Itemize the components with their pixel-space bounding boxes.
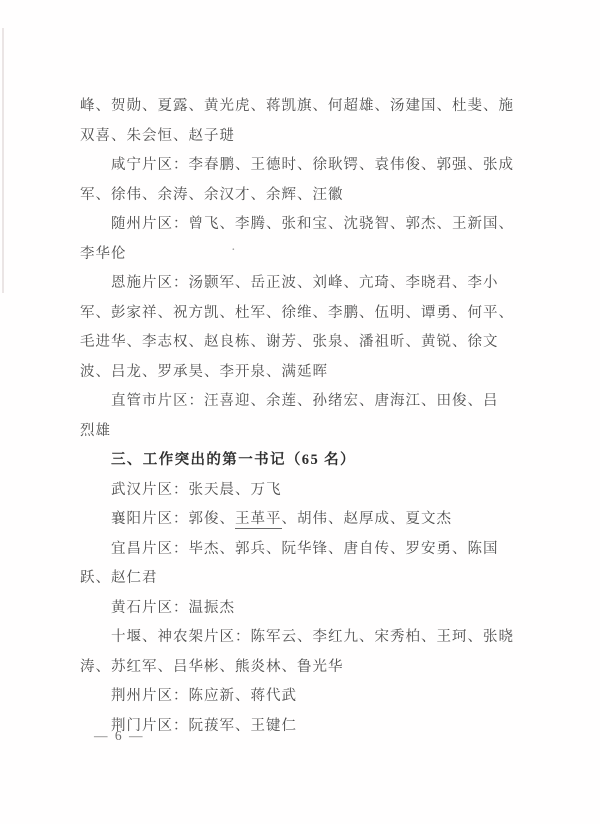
scan-edge-artifact bbox=[2, 28, 4, 293]
text-line: 烈雄 bbox=[80, 417, 522, 447]
text-segment: 襄阳片区：郭俊、 bbox=[111, 511, 235, 527]
text-line: 荆门片区：阮菝军、王键仁 bbox=[80, 712, 522, 742]
text-line: 武汉片区：张天晨、万飞 bbox=[80, 476, 522, 506]
text-segment: 军、徐伟、余涛、余汉才、余辉、汪徽 bbox=[80, 187, 344, 203]
text-line: 黄石片区：温振杰 bbox=[80, 594, 522, 624]
text-segment: 双喜、朱会恒、赵子琎 bbox=[80, 128, 235, 144]
text-segment: 、胡伟、赵厚成、夏文杰 bbox=[282, 511, 453, 527]
text-segment: 军、彭家祥、祝方凯、杜军、徐维、李鹏、伍明、谭勇、何平、 bbox=[80, 305, 514, 321]
text-segment: 涛、苏红军、吕华彬、熊炎林、鲁光华 bbox=[80, 659, 344, 675]
text-segment: 十堰、神农架片区：陈军云、李红九、宋秀柏、王珂、张晓 bbox=[111, 629, 514, 645]
text-segment: 直管市片区：汪喜迎、余莲、孙绪宏、唐海江、田俊、吕 bbox=[111, 393, 499, 409]
text-segment: 荆州片区：陈应新、蒋代武 bbox=[111, 688, 297, 704]
text-segment: 烈雄 bbox=[80, 423, 111, 439]
document-body: 峰、贺勋、夏露、黄光虎、蒋凯旗、何超雄、汤建国、杜斐、施双喜、朱会恒、赵子琎咸宁… bbox=[80, 92, 522, 741]
text-line: 十堰、神农架片区：陈军云、李红九、宋秀柏、王珂、张晓 bbox=[80, 623, 522, 653]
text-line: 波、吕龙、罗承昊、李开泉、满延晖 bbox=[80, 358, 522, 388]
text-segment: 波、吕龙、罗承昊、李开泉、满延晖 bbox=[80, 364, 328, 380]
text-segment: 毛进华、李志权、赵良栋、谢芳、张泉、潘祖昕、黄锐、徐文 bbox=[80, 334, 499, 350]
underlined-name: 王革平 bbox=[235, 511, 282, 529]
text-line: 毛进华、李志权、赵良栋、谢芳、张泉、潘祖昕、黄锐、徐文 bbox=[80, 328, 522, 358]
text-line: 跃、赵仁君 bbox=[80, 564, 522, 594]
text-line: 直管市片区：汪喜迎、余莲、孙绪宏、唐海江、田俊、吕 bbox=[80, 387, 522, 417]
text-segment: 黄石片区：温振杰 bbox=[111, 600, 235, 616]
text-line: 军、彭家祥、祝方凯、杜军、徐维、李鹏、伍明、谭勇、何平、 bbox=[80, 299, 522, 329]
text-line: 宜昌片区：毕杰、郭兵、阮华锋、唐自传、罗安勇、陈国 bbox=[80, 535, 522, 565]
text-line: 咸宁片区：李春鹏、王德时、徐耿锷、袁伟俊、郭强、张成 bbox=[80, 151, 522, 181]
text-segment: 随州片区：曾飞、李腾、张和宝、沈骁智、郭杰、王新国、 bbox=[111, 216, 514, 232]
text-segment: 武汉片区：张天晨、万飞 bbox=[111, 482, 282, 498]
section-heading: 三、工作突出的第一书记（65 名） bbox=[80, 446, 522, 476]
document-page: 峰、贺勋、夏露、黄光虎、蒋凯旗、何超雄、汤建国、杜斐、施双喜、朱会恒、赵子琎咸宁… bbox=[0, 0, 600, 824]
text-segment: 峰、贺勋、夏露、黄光虎、蒋凯旗、何超雄、汤建国、杜斐、施 bbox=[80, 98, 514, 114]
text-line: 恩施片区：汤颢军、岳正波、刘峰、亢琦、李晓君、李小 bbox=[80, 269, 522, 299]
text-line: 军、徐伟、余涛、余汉才、余辉、汪徽 bbox=[80, 181, 522, 211]
text-segment: 三、工作突出的第一书记（65 名） bbox=[111, 452, 356, 468]
text-line: 荆州片区：陈应新、蒋代武 bbox=[80, 682, 522, 712]
text-line: 随州片区：曾飞、李腾、张和宝、沈骁智、郭杰、王新国、 bbox=[80, 210, 522, 240]
text-segment: 咸宁片区：李春鹏、王德时、徐耿锷、袁伟俊、郭强、张成 bbox=[111, 157, 514, 173]
page-number: — 6 — bbox=[94, 728, 145, 744]
text-segment: 跃、赵仁君 bbox=[80, 570, 158, 586]
text-line: 李华伦 bbox=[80, 240, 522, 270]
text-segment: 李华伦 bbox=[80, 246, 127, 262]
text-line: 峰、贺勋、夏露、黄光虎、蒋凯旗、何超雄、汤建国、杜斐、施 bbox=[80, 92, 522, 122]
scan-stray-dot: · bbox=[231, 243, 236, 259]
text-line: 襄阳片区：郭俊、王革平、胡伟、赵厚成、夏文杰 bbox=[80, 505, 522, 535]
text-line: 双喜、朱会恒、赵子琎 bbox=[80, 122, 522, 152]
text-segment: 宜昌片区：毕杰、郭兵、阮华锋、唐自传、罗安勇、陈国 bbox=[111, 541, 499, 557]
text-segment: 恩施片区：汤颢军、岳正波、刘峰、亢琦、李晓君、李小 bbox=[111, 275, 499, 291]
text-line: 涛、苏红军、吕华彬、熊炎林、鲁光华 bbox=[80, 653, 522, 683]
